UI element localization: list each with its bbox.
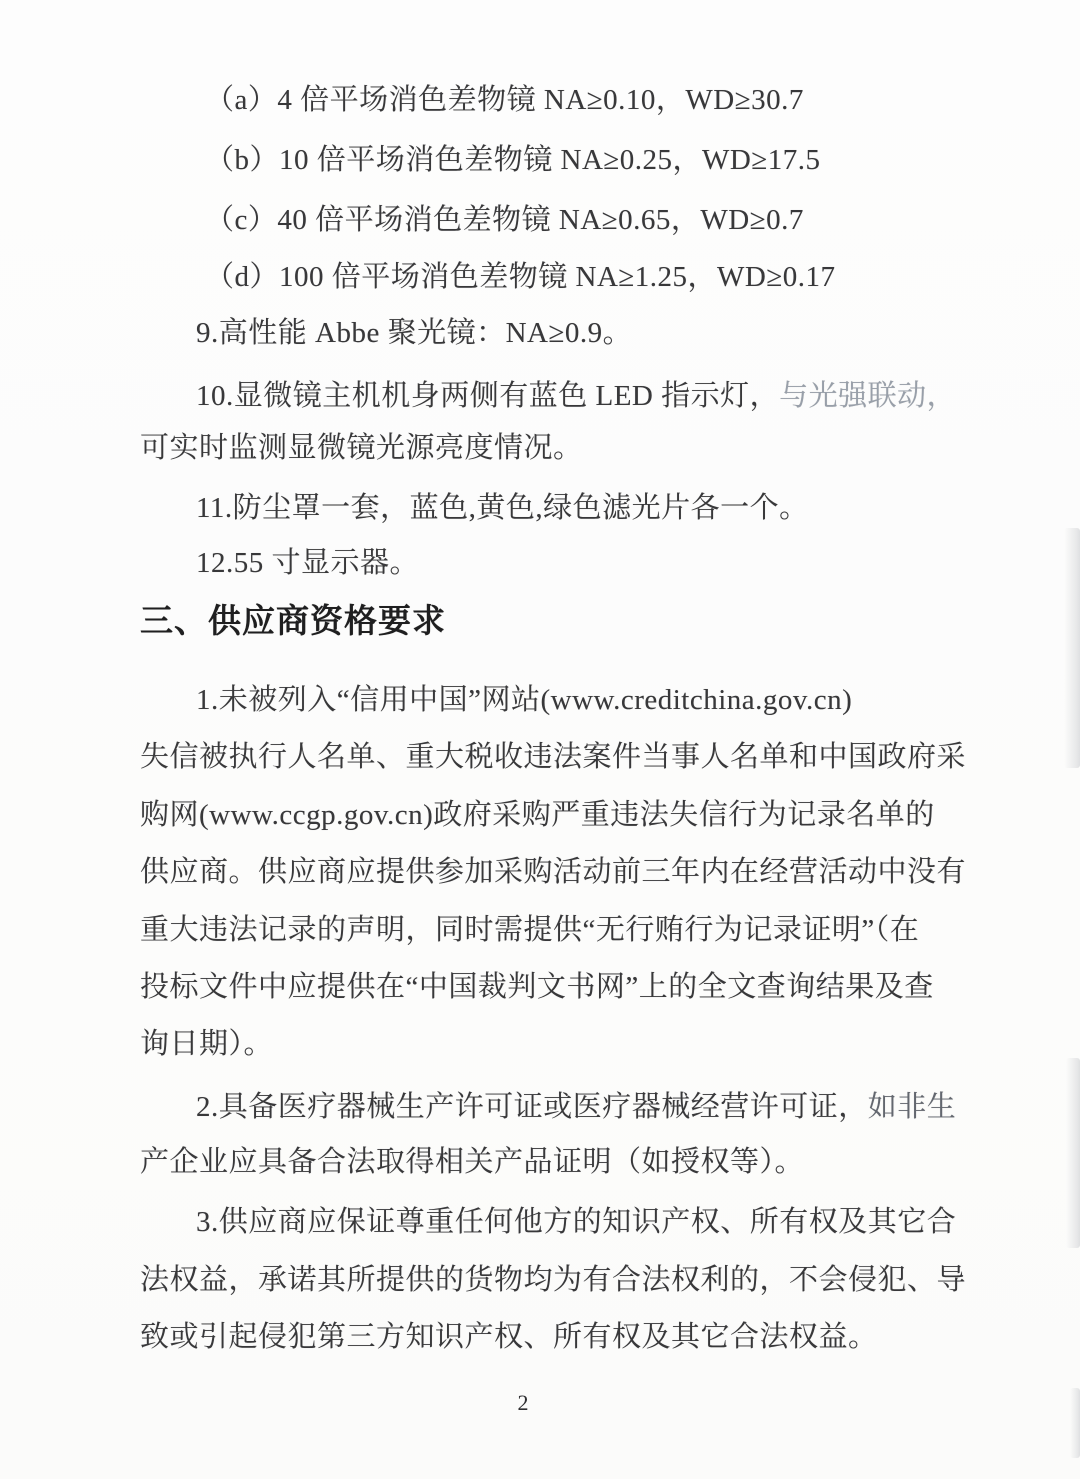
spec-text: 9.高性能 Abbe 聚光镜：NA≥0.9。 [196,317,632,349]
spec-text: 可实时监测显微镜光源亮度情况。 [140,432,583,464]
qualification-item-1-continuation: 投标文件中应提供在“中国裁判文书网”上的全文查询结果及查 [140,967,934,1007]
qualification-item-1-continuation: 询日期）。 [140,1024,273,1064]
paragraph-text: 失信被执行人名单、重大税收违法案件当事人名单和中国政府采 [140,741,966,773]
paragraph-text: 重大违法记录的声明，同时需提供“无行贿行为记录证明”（在 [140,914,919,946]
spec-item-12: 12.55 寸显示器。 [196,543,419,583]
spec-item-10: 10.显微镜主机机身两侧有蓝色 LED 指示灯，与光强联动， [196,376,956,416]
qualification-item-1-continuation: 失信被执行人名单、重大税收违法案件当事人名单和中国政府采 [140,737,966,777]
paragraph-text: 供应商。供应商应提供参加采购活动前三年内在经营活动中没有 [140,856,966,888]
spec-item-11: 11.防尘罩一套，蓝色,黄色,绿色滤光片各一个。 [196,488,809,528]
qualification-item-1-continuation: 供应商。供应商应提供参加采购活动前三年内在经营活动中没有 [140,852,966,892]
spec-text: 11.防尘罩一套，蓝色,黄色,绿色滤光片各一个。 [196,492,809,524]
paragraph-text: 致或引起侵犯第三方知识产权、所有权及其它合法权益。 [140,1321,878,1353]
scan-edge-smudge [1070,1388,1080,1458]
section-heading-supplier-qualifications: 三、供应商资格要求 [140,601,446,641]
qualification-item-1-continuation: 购网(www.ccgp.gov.cn)政府采购严重违法失信行为记录名单的 [140,795,935,835]
qualification-item-1: 1.未被列入“信用中国”网站(www.creditchina.gov.cn) [196,680,852,720]
scan-edge-smudge [1064,528,1080,768]
spec-item-10-continuation: 可实时监测显微镜光源亮度情况。 [140,428,583,468]
spec-objective-40x: （c）40 倍平场消色差物镜 NA≥0.65，WD≥0.7 [205,200,804,240]
spec-objective-100x: （d）100 倍平场消色差物镜 NA≥1.25，WD≥0.17 [205,257,836,297]
spec-text: （c）40 倍平场消色差物镜 NA≥0.65，WD≥0.7 [205,204,804,236]
paragraph-text-faded: 如非生 [868,1091,957,1123]
qualification-item-3-continuation: 致或引起侵犯第三方知识产权、所有权及其它合法权益。 [140,1317,878,1357]
page-number: 2 [0,1390,1046,1416]
paragraph-text: 1.未被列入“信用中国”网站(www.creditchina.gov.cn) [196,684,852,716]
spec-text-faded: 与光强联动， [779,380,956,412]
spec-text: （b）10 倍平场消色差物镜 NA≥0.25，WD≥17.5 [205,144,821,176]
spec-text: 12.55 寸显示器。 [196,547,419,579]
paragraph-text: 2.具备医疗器械生产许可证或医疗器械经营许可证， [196,1091,868,1123]
spec-text: （d）100 倍平场消色差物镜 NA≥1.25，WD≥0.17 [205,261,836,293]
paragraph-text: 购网(www.ccgp.gov.cn)政府采购严重违法失信行为记录名单的 [140,799,935,831]
qualification-item-3: 3.供应商应保证尊重任何他方的知识产权、所有权及其它合 [196,1202,956,1242]
section-heading-text: 三、供应商资格要求 [140,602,446,639]
spec-item-9: 9.高性能 Abbe 聚光镜：NA≥0.9。 [196,313,632,353]
qualification-item-2: 2.具备医疗器械生产许可证或医疗器械经营许可证，如非生 [196,1087,956,1127]
paragraph-text: 3.供应商应保证尊重任何他方的知识产权、所有权及其它合 [196,1206,956,1238]
spec-text: （a）4 倍平场消色差物镜 NA≥0.10，WD≥30.7 [205,84,804,116]
paragraph-text: 询日期）。 [140,1028,273,1060]
spec-objective-4x: （a）4 倍平场消色差物镜 NA≥0.10，WD≥30.7 [205,80,804,120]
document-page: （a）4 倍平场消色差物镜 NA≥0.10，WD≥30.7 （b）10 倍平场消… [0,0,1080,1479]
paragraph-text: 投标文件中应提供在“中国裁判文书网”上的全文查询结果及查 [140,971,934,1003]
paragraph-text: 法权益，承诺其所提供的货物均为有合法权利的，不会侵犯、导 [140,1264,966,1296]
spec-objective-10x: （b）10 倍平场消色差物镜 NA≥0.25，WD≥17.5 [205,140,821,180]
qualification-item-3-continuation: 法权益，承诺其所提供的货物均为有合法权利的，不会侵犯、导 [140,1260,966,1300]
qualification-item-2-continuation: 产企业应具备合法取得相关产品证明（如授权等）。 [140,1142,804,1182]
scan-edge-smudge [1066,1058,1080,1248]
qualification-item-1-continuation: 重大违法记录的声明，同时需提供“无行贿行为记录证明”（在 [140,910,919,950]
spec-text: 10.显微镜主机机身两侧有蓝色 LED 指示灯， [196,380,779,412]
paragraph-text: 产企业应具备合法取得相关产品证明（如授权等）。 [140,1146,804,1178]
